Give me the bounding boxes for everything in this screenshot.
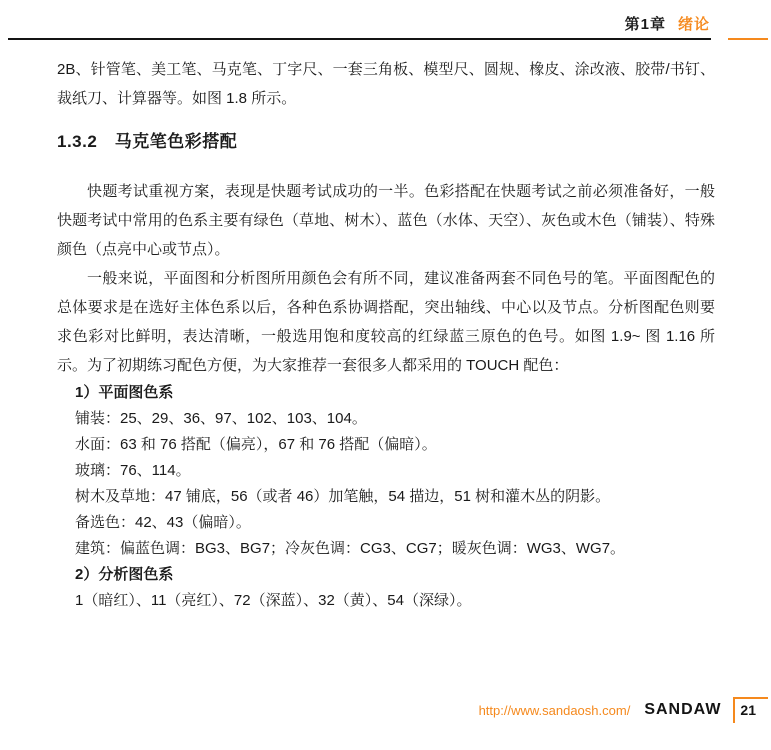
publisher-logo: SANDAW — [644, 701, 721, 719]
list-item-buildings: 建筑：偏蓝色调：BG3、BG7；冷灰色调：CG3、CG7；暖灰色调：WG3、WG… — [75, 536, 715, 562]
book-page: 第1章绪论 2B、针管笔、美工笔、马克笔、丁字尺、一套三角板、模型尺、圆规、橡皮… — [0, 0, 771, 750]
page-number: 21 — [733, 697, 768, 723]
page-content: 2B、针管笔、美工笔、马克笔、丁字尺、一套三角板、模型尺、圆规、橡皮、涂改液、胶… — [57, 55, 715, 614]
footer-url: http://www.sandaosh.com/ — [479, 703, 631, 718]
section-heading: 1.3.2 马克笔色彩搭配 — [57, 131, 715, 153]
chapter-title: 绪论 — [678, 16, 710, 33]
list-heading-analysis-colors: 2）分析图色系 — [75, 562, 715, 588]
list-heading-plan-colors: 1）平面图色系 — [75, 380, 715, 406]
paragraph-plan-vs-analysis: 一般来说，平面图和分析图所用颜色会有所不同，建议准备两套不同色号的笔。平面图配色… — [57, 264, 715, 380]
list-item-trees-grass: 树木及草地：47 铺底，56（或者 46）加笔触，54 描边，51 树和灌木丛的… — [75, 484, 715, 510]
header-rule — [8, 38, 711, 40]
paragraph-tools: 2B、针管笔、美工笔、马克笔、丁字尺、一套三角板、模型尺、圆规、橡皮、涂改液、胶… — [57, 55, 715, 113]
color-scheme-list: 1）平面图色系 铺装：25、29、36、97、102、103、104。 水面：6… — [75, 380, 715, 614]
list-item-glass: 玻璃：76、114。 — [75, 458, 715, 484]
list-item-water: 水面：63 和 76 搭配（偏亮），67 和 76 搭配（偏暗）。 — [75, 432, 715, 458]
page-footer: http://www.sandaosh.com/ SANDAW 21 — [0, 697, 768, 723]
list-item-paving: 铺装：25、29、36、97、102、103、104。 — [75, 406, 715, 432]
header-rule-accent — [728, 38, 768, 40]
list-item-analysis-palette: 1（暗红）、11（亮红）、72（深蓝）、32（黄）、54（深绿）。 — [75, 588, 715, 614]
paragraph-exam-colors: 快题考试重视方案，表现是快题考试成功的一半。色彩搭配在快题考试之前必须准备好，一… — [57, 177, 715, 264]
running-header: 第1章绪论 — [625, 13, 710, 34]
list-item-alternates: 备选色：42、43（偏暗）。 — [75, 510, 715, 536]
chapter-label: 第1章 — [625, 16, 666, 33]
